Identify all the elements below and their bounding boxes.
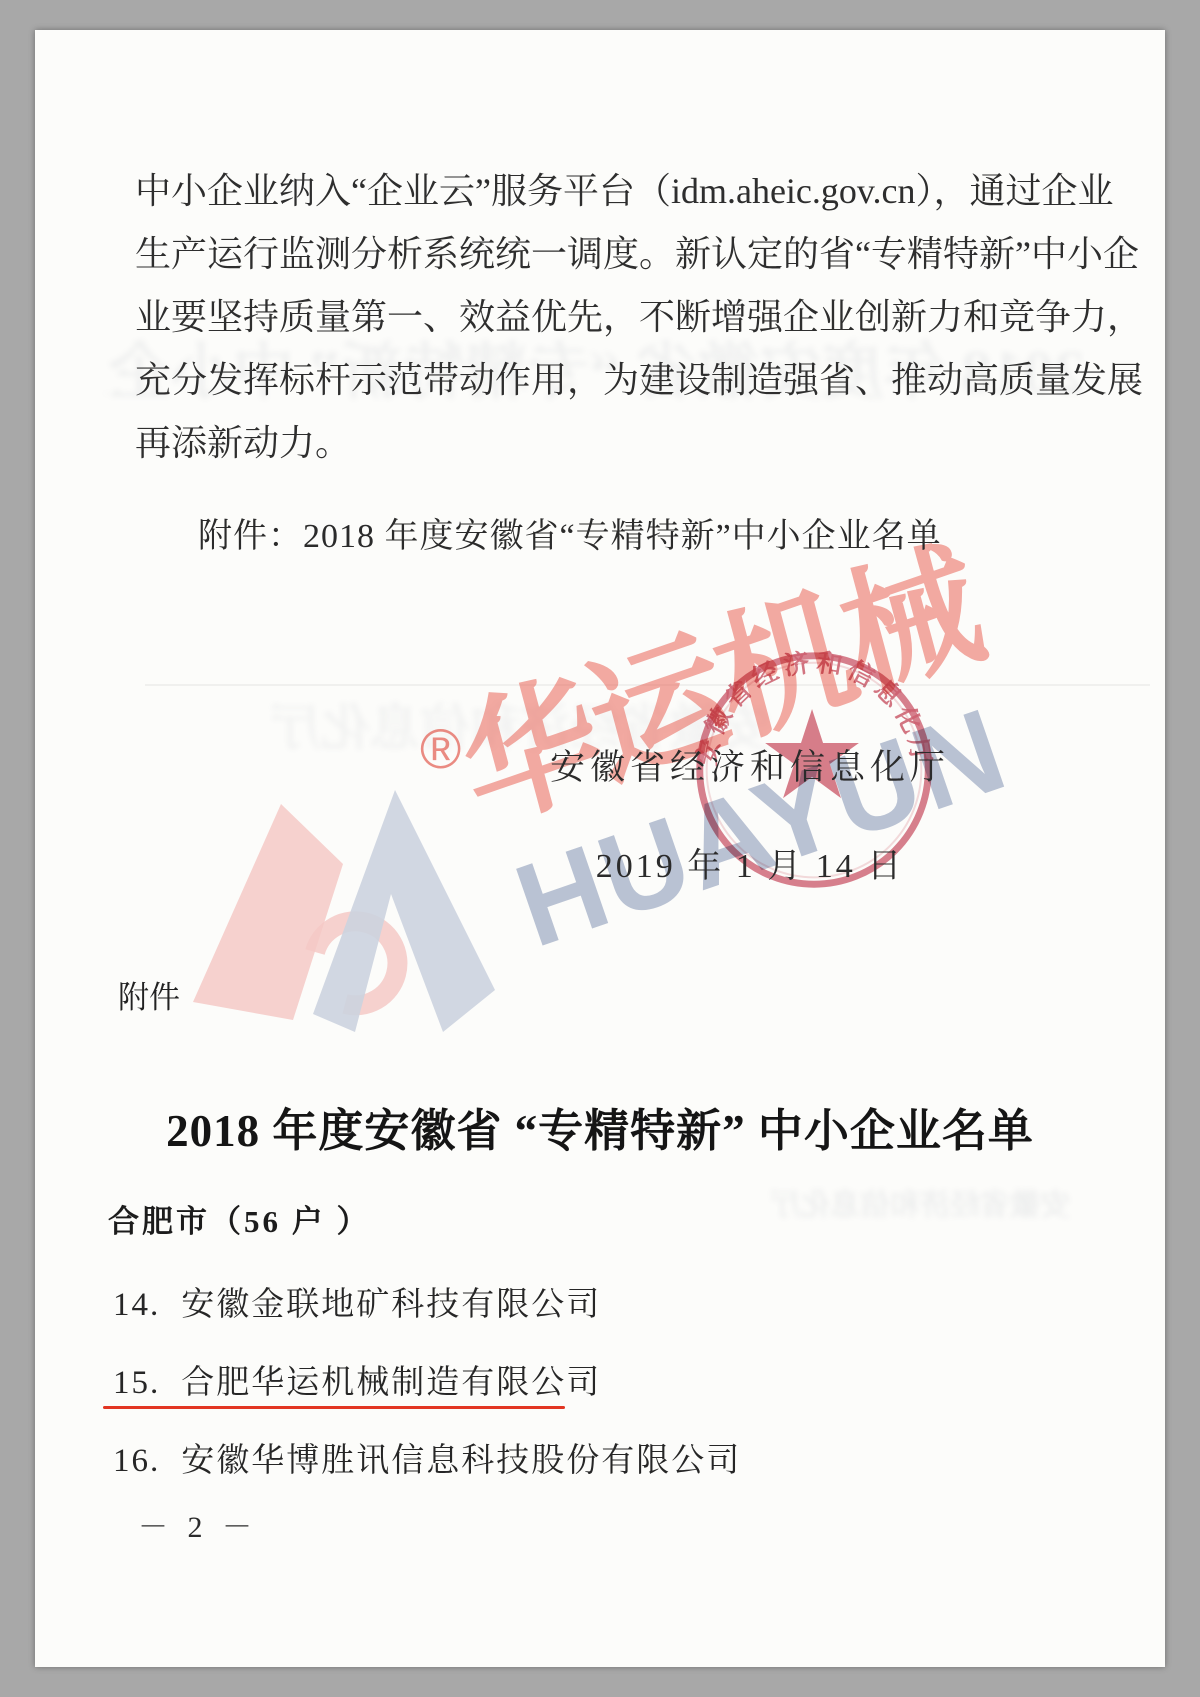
paragraph-line: 业要坚持质量第一、效益优先，不断增强企业创新力和竞争力， [135, 286, 1067, 349]
body-paragraph: 中小企业纳入“企业云”服务平台（idm.aheic.gov.cn），通过企业 生… [135, 160, 1067, 475]
issue-date: 2019 年 1 月 14 日 [470, 838, 1030, 887]
list-item: 14. 安徽金联地矿科技有限公司 [113, 1278, 1013, 1356]
issuing-authority: 安徽省经济和信息化厅 [470, 740, 1030, 790]
enterprise-list: 14. 安徽金联地矿科技有限公司 15. 合肥华运机械制造有限公司 16. 安徽… [113, 1278, 1013, 1512]
list-item: 16. 安徽华博胜讯信息科技股份有限公司 [113, 1434, 1013, 1512]
scan-crease-line [145, 684, 1150, 686]
attachment-label: 附件 [118, 972, 180, 1017]
attachment-title: 2018 年度安徽省 “专精特新” 中小企业名单 [80, 1094, 1120, 1159]
paragraph-line: 再添新动力。 [135, 412, 1067, 475]
paragraph-line: 生产运行监测分析系统统一调度。新认定的省“专精特新”中小企 [135, 223, 1067, 286]
attachment-reference-line: 附件：2018 年度安徽省“专精特新”中小企业名单 [198, 508, 1078, 557]
list-item-company-name: 合肥华运机械制造有限公司 [181, 1365, 601, 1401]
list-item-number: 16. [113, 1443, 171, 1480]
list-item-highlighted: 15. 合肥华运机械制造有限公司 [113, 1356, 1013, 1434]
list-item-company-name: 安徽金联地矿科技有限公司 [181, 1287, 601, 1323]
page-number: － 2 － [138, 1502, 258, 1546]
paragraph-line: 充分发挥标杆示范带动作用，为建设制造强省、推动高质量发展 [135, 349, 1067, 412]
city-section-header: 合肥市（56 户 ） [108, 1196, 371, 1241]
list-item-company-name: 安徽华博胜讯信息科技股份有限公司 [181, 1443, 741, 1479]
scanned-document: 2018 年度安徽省 “专精特新” 中小企业名单 安徽省经济和信息化厅 安徽省经… [0, 0, 1200, 1697]
red-highlight-underline [103, 1406, 565, 1409]
list-item-number: 14. [113, 1287, 171, 1324]
list-item-number: 15. [113, 1365, 171, 1402]
paragraph-line: 中小企业纳入“企业云”服务平台（idm.aheic.gov.cn），通过企业 [135, 160, 1067, 223]
